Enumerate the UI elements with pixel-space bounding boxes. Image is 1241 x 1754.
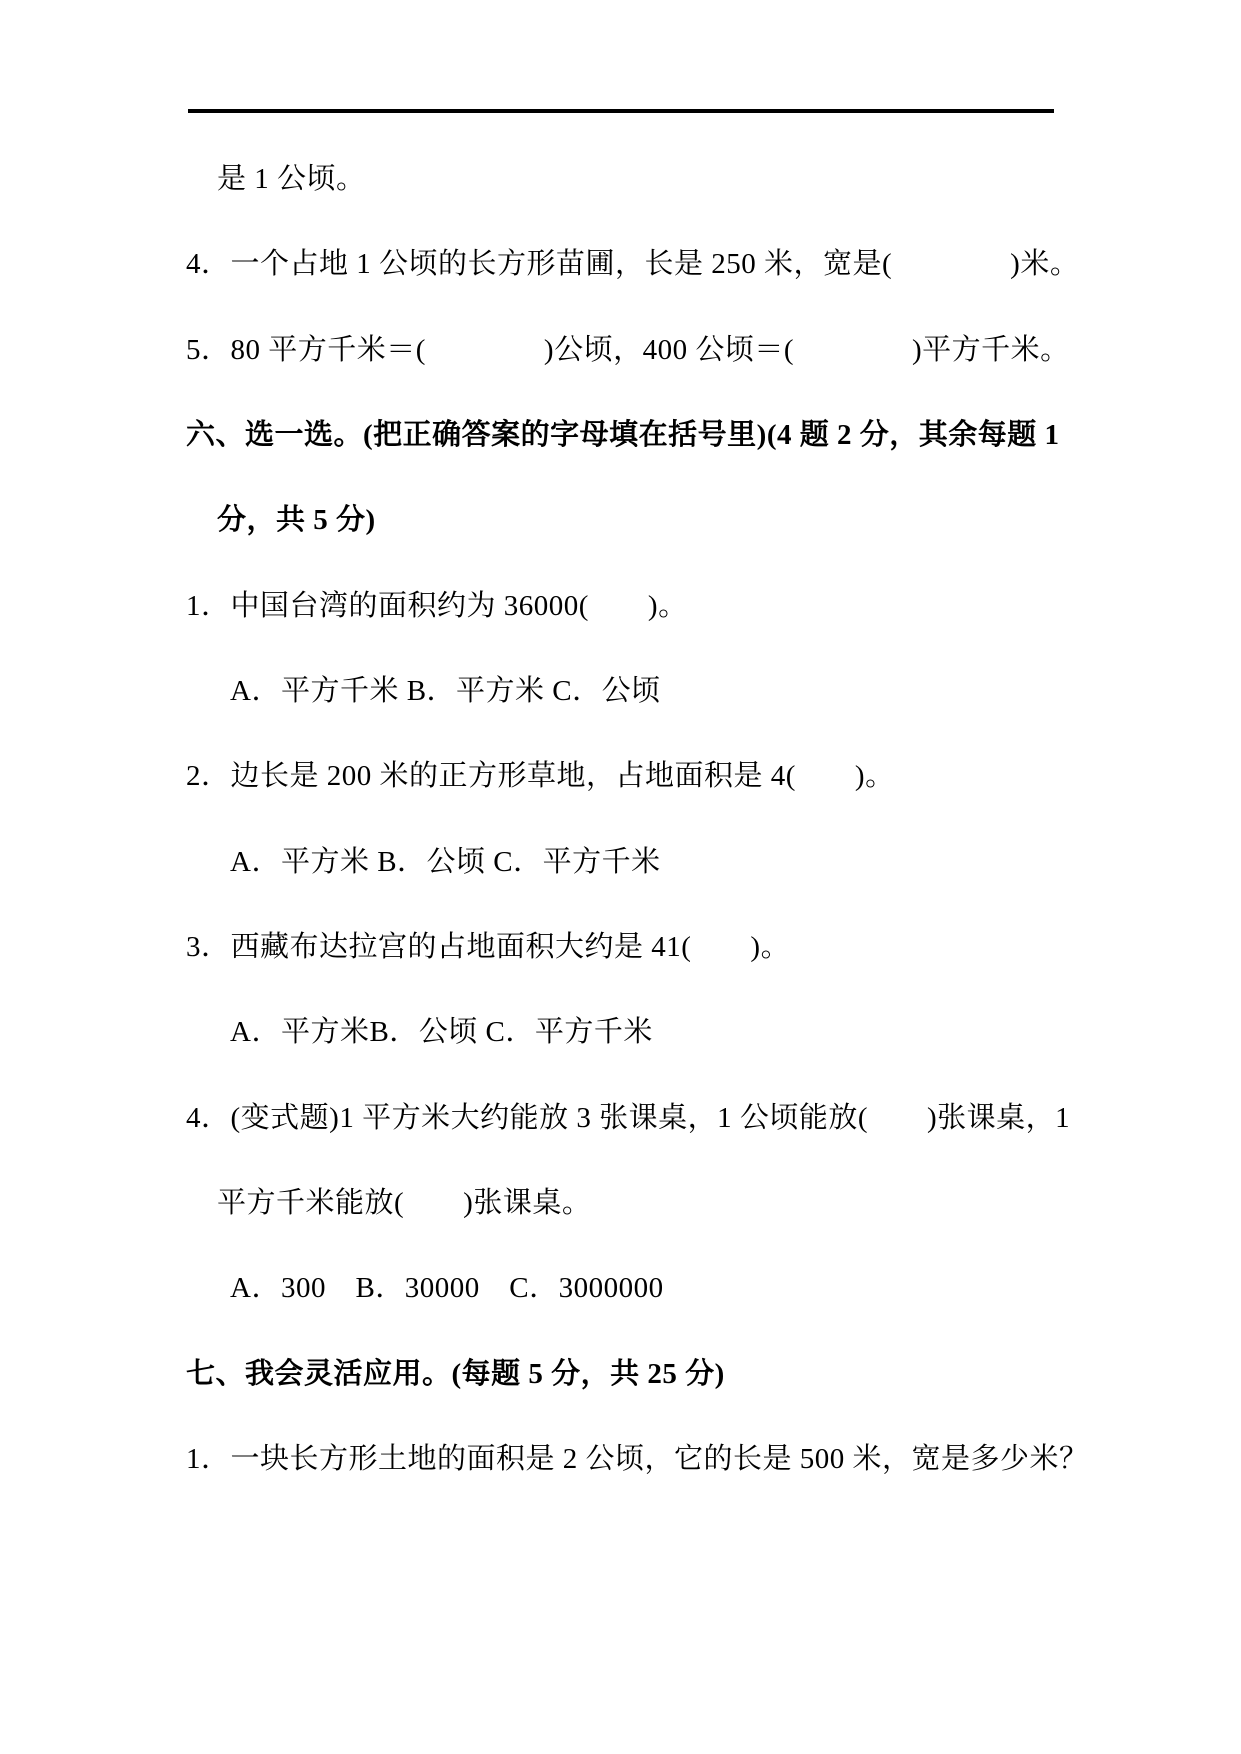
section6-question-4-options: A．300 B．30000 C．3000000 [230, 1269, 664, 1307]
section6-question-1-options: A．平方千米 B．平方米 C．公顷 [230, 672, 661, 710]
section6-question-3: 3．西藏布达拉宫的占地面积大约是 41( )。 [186, 928, 790, 966]
section6-question-4-line1: 4．(变式题)1 平方米大约能放 3 张课桌，1 公顷能放( )张课桌，1 [186, 1099, 1070, 1137]
section5-question-4: 4．一个占地 1 公顷的长方形苗圃，长是 250 米，宽是( )米。 [186, 245, 1079, 283]
section6-question-4-line2: 平方千米能放( )张课桌。 [217, 1184, 591, 1222]
section6-question-2-options: A．平方米 B．公顷 C．平方千米 [230, 843, 661, 881]
section6-title-line2: 分，共 5 分) [217, 501, 376, 539]
header-rule [188, 109, 1054, 113]
worksheet-page: 是 1 公顷。 4．一个占地 1 公顷的长方形苗圃，长是 250 米，宽是( )… [0, 0, 1241, 1754]
section5-question-5: 5．80 平方千米＝( )公顷，400 公顷＝( )平方千米。 [186, 331, 1070, 369]
section6-question-1: 1．中国台湾的面积约为 36000( )。 [186, 587, 688, 625]
section7-title: 七、我会灵活应用。(每题 5 分，共 25 分) [186, 1355, 725, 1393]
section7-question-1: 1．一块长方形土地的面积是 2 公顷，它的长是 500 米，宽是多少米？ [186, 1440, 1089, 1478]
section5-carryover-line: 是 1 公顷。 [217, 160, 366, 198]
section6-title-line1: 六、选一选。(把正确答案的字母填在括号里)(4 题 2 分，其余每题 1 [186, 416, 1059, 454]
section6-question-2: 2．边长是 200 米的正方形草地，占地面积是 4( )。 [186, 757, 895, 795]
section6-question-3-options: A．平方米B．公顷 C．平方千米 [230, 1013, 653, 1051]
